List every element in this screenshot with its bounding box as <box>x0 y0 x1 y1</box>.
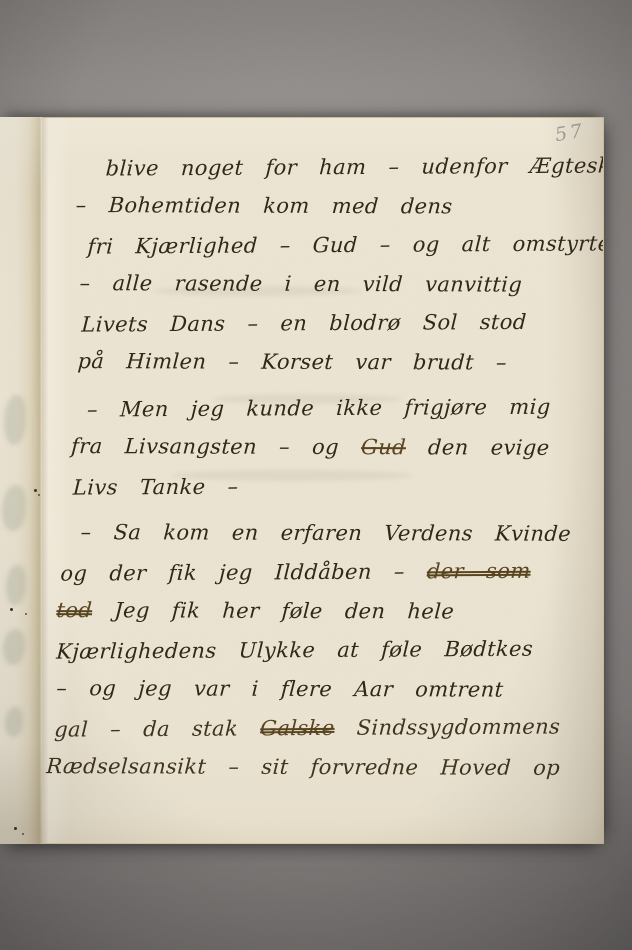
notebook-page: 57 blive noget for ham – udenfor Ægteska… <box>42 117 604 844</box>
handwritten-text: – og jeg var i flere Aar omtrent <box>56 676 504 702</box>
handwritten-text: Sindssygdommens <box>334 715 561 740</box>
ink-speck <box>14 827 17 830</box>
manuscript-line: fra Livsangsten – og Gud den evige <box>70 427 599 468</box>
struck-word: Gud <box>360 435 406 459</box>
struck-word: Galske <box>260 716 335 740</box>
ink-showthrough-mark <box>4 395 26 445</box>
ink-speck <box>38 494 40 496</box>
handwritten-text: fri Kjærlighed – Gud – og alt omstyrtede… <box>87 231 604 258</box>
handwritten-text: fra Livsangsten – og <box>70 434 361 459</box>
manuscript-line: på Himlen – Korset var brudt – <box>76 342 603 383</box>
notebook: 57 blive noget for ham – udenfor Ægteska… <box>0 117 604 844</box>
manuscript-line: – Bohemtiden kom med dens <box>75 186 604 227</box>
page-number-pencil: 57 <box>553 120 586 146</box>
handwritten-text: – Sa kom en erfaren Verdens Kvinde <box>80 520 572 546</box>
ink-showthrough-mark <box>5 707 23 737</box>
manuscript-line: Livs Tanke – <box>72 465 597 507</box>
handwritten-text: den evige <box>405 435 550 460</box>
handwritten-text: Rædselsansikt – sit forvredne Hoved op <box>46 754 561 780</box>
handwritten-text: blive noget for ham – udenfor Ægteskabet… <box>105 153 604 180</box>
ink-showthrough-mark <box>2 485 26 531</box>
manuscript-line: og der fik jeg Ilddåben – der som <box>60 551 593 593</box>
manuscript-line: – Sa kom en erfaren Verdens Kvinde <box>79 513 594 554</box>
handwritten-text: – Men jeg kunde ikke frigjøre mig <box>86 395 551 422</box>
manuscript-line: – og jeg var i flere Aar omtrent <box>55 669 586 710</box>
manuscript-line: blive noget for ham – udenfor Ægteskabet… <box>105 146 604 188</box>
struck-word: der som <box>426 559 531 584</box>
handwritten-text: Livs Tanke – <box>72 475 239 500</box>
manuscript-line: Rædselsansikt – sit forvredne Hoved op <box>45 747 582 788</box>
manuscript-text: blive noget for ham – udenfor Ægteskabet… <box>45 148 604 787</box>
handwritten-text: Livets Dans – en blodrø Sol stod <box>81 310 527 337</box>
manuscript-line: gal – da stak Galske Sindssygdommens <box>53 707 584 749</box>
facing-page-edge <box>0 117 42 844</box>
ink-showthrough-mark <box>6 565 26 605</box>
ink-speck <box>10 608 13 611</box>
handwritten-text: Kjærlighedens Ulykke at føle Bødtkes <box>56 637 534 664</box>
ink-speck <box>25 613 27 615</box>
handwritten-text: – alle rasende i en vild vanvittig <box>79 271 523 297</box>
ink-showthrough-mark <box>3 629 25 665</box>
handwritten-text: på Himlen – Korset var brudt – <box>77 349 508 374</box>
manuscript-line: fri Kjærlighed – Gud – og alt omstyrtede… <box>87 224 604 266</box>
ink-speck <box>34 489 37 492</box>
manuscript-line: – Men jeg kunde ikke frigjøre mig <box>86 387 601 429</box>
manuscript-line: Kjærlighedens Ulykke at føle Bødtkes <box>55 629 588 671</box>
manuscript-line: Livets Dans – en blodrø Sol stod <box>81 302 604 344</box>
manuscript-line: tod Jeg fik her føle den hele <box>55 591 590 632</box>
ink-speck <box>22 833 24 835</box>
handwritten-text: gal – da stak <box>54 716 261 741</box>
handwritten-text: Jeg fik her føle den hele <box>92 598 455 623</box>
handwritten-text: – Bohemtiden kom med dens <box>75 193 453 218</box>
struck-word: tod <box>56 598 93 622</box>
manuscript-line: – alle rasende i en vild vanvittig <box>79 264 604 305</box>
handwritten-text: og der fik jeg Ilddåben – <box>60 559 428 585</box>
